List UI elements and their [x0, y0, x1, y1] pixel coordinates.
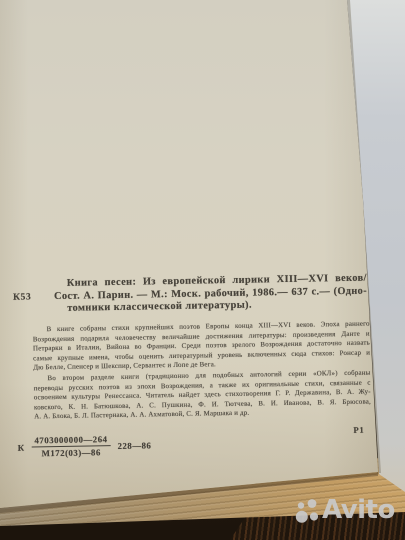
printed-content: К53 Книга песен: Из европейской лирики X…	[0, 0, 405, 540]
avito-watermark: Avito	[292, 496, 395, 524]
imprint-prefix: К	[18, 442, 25, 452]
annotation-paragraph-1: В книге собраны стихи крупнейших поэтов …	[33, 320, 371, 374]
watermark-brand-text: Avito	[322, 496, 395, 524]
annotation-paragraph-2: Во втором разделе книги (традиционно для…	[33, 369, 371, 423]
bibliographic-entry: Книга песен: Из европейской лирики XIII—…	[54, 273, 368, 316]
catalog-code: К53	[13, 292, 31, 302]
imprint-denominator: М172(03)—86	[32, 446, 111, 458]
avito-dots-icon	[292, 496, 319, 524]
imprint-fraction: 4703000000—264 М172(03)—86	[31, 434, 110, 458]
book-photo: К53 Книга песен: Из европейской лирики X…	[0, 0, 405, 540]
imprint-suffix: 228—86	[117, 440, 151, 451]
imprint-formula: К 4703000000—264 М172(03)—86 228—86	[17, 433, 151, 458]
category-code: Р1	[353, 425, 364, 435]
